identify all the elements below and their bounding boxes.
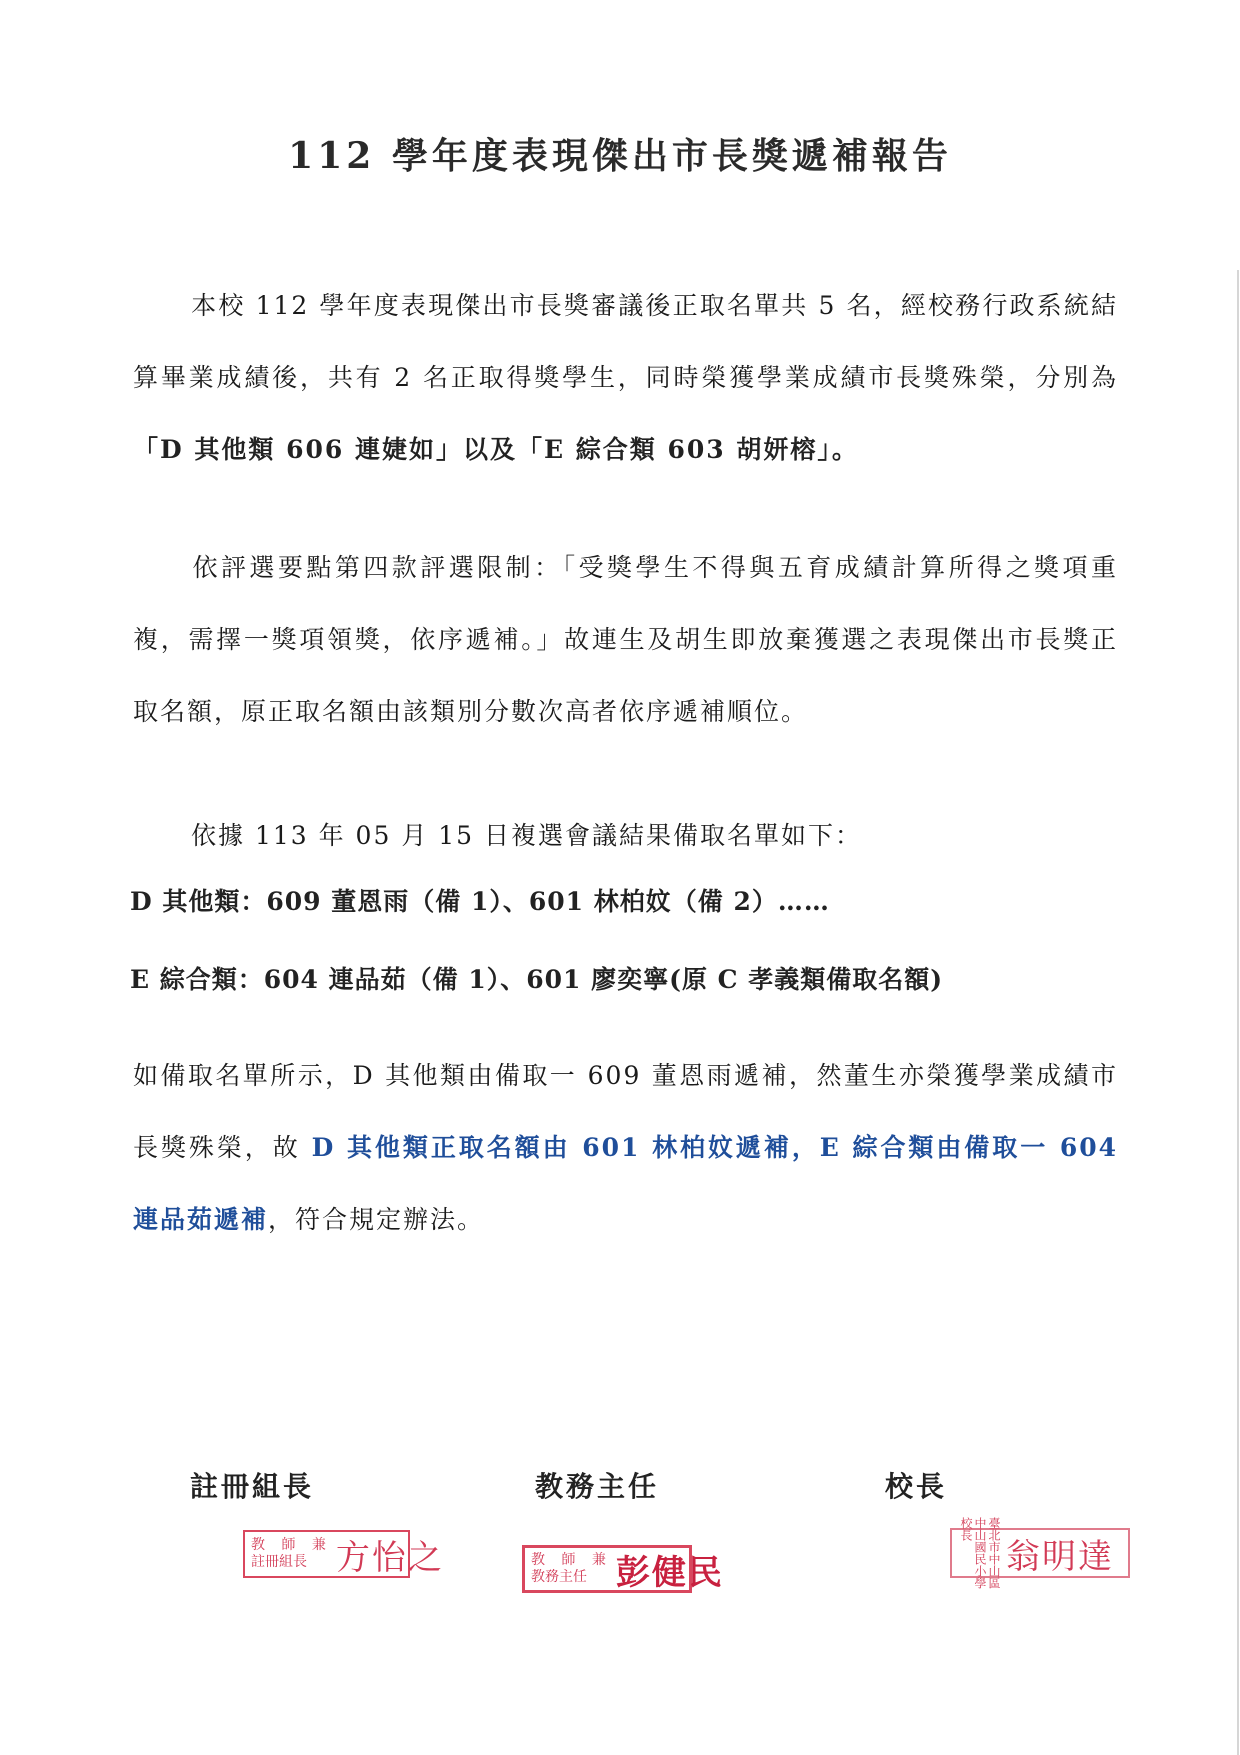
paragraph-1: 本校 112 學年度表現傑出市長獎審議後正取名單共 5 名，經校務行政系統結算畢… — [133, 270, 1118, 486]
paragraph-3: 依據 113 年 05 月 15 日複選會議結果備取名單如下： — [133, 800, 1118, 872]
stamp-col-1: 臺北市中山區 — [988, 1517, 1000, 1589]
stamp-name: 彭健民 — [616, 1545, 724, 1594]
paragraph-4-text-b: ，符合規定辦法。 — [268, 1205, 484, 1234]
stamp-line-1: 教 師 兼 — [531, 1552, 612, 1569]
stamp-title: 臺北市中山區 中山國民小學 校長 — [958, 1517, 1000, 1589]
quote-open-2: 「 — [517, 435, 544, 464]
signature-label-registrar: 註冊組長 — [190, 1465, 314, 1505]
stamp-line-2: 教務主任 — [531, 1569, 612, 1586]
stamp-col-2: 中山國民小學 — [974, 1517, 986, 1589]
stamp-academic-director: 教 師 兼 教務主任 彭健民 — [522, 1545, 692, 1593]
winner-1: D 其他類 606 連婕如 — [160, 435, 436, 464]
waitlist-item-d: D 其他類：609 董恩雨（備 1）、601 林柏妏（備 2）…… — [130, 882, 830, 918]
stamp-title: 教 師 兼 教務主任 — [531, 1552, 612, 1586]
signature-label-academic-director: 教務主任 — [535, 1465, 659, 1505]
paragraph-4: 如備取名單所示，D 其他類由備取一 609 董恩雨遞補，然董生亦榮獲學業成績市長… — [133, 1040, 1118, 1256]
quote-close-2: 」。 — [817, 435, 859, 464]
stamp-col-3: 校長 — [960, 1517, 972, 1589]
quote-open-1: 「 — [133, 435, 160, 464]
stamp-title: 教 師 兼 註冊組長 — [251, 1537, 332, 1571]
paragraph-1-text: 本校 112 學年度表現傑出市長獎審議後正取名單共 5 名，經校務行政系統結算畢… — [133, 291, 1118, 392]
stamp-line-1: 教 師 兼 — [251, 1537, 332, 1554]
paragraph-2: 依評選要點第四款評選限制：「受獎學生不得與五育成績計算所得之獎項重複，需擇一獎項… — [133, 532, 1118, 748]
stamp-registrar: 教 師 兼 註冊組長 方怡之 — [243, 1530, 410, 1578]
connector: 以及 — [463, 435, 517, 464]
paragraph-3-text: 依據 113 年 05 月 15 日複選會議結果備取名單如下： — [191, 821, 862, 850]
stamp-name: 翁明達 — [1006, 1529, 1114, 1578]
stamp-name: 方怡之 — [336, 1530, 444, 1579]
stamp-line-2: 註冊組長 — [251, 1554, 332, 1571]
stamp-principal: 臺北市中山區 中山國民小學 校長 翁明達 — [950, 1528, 1130, 1578]
paragraph-2-text: 依評選要點第四款評選限制：「受獎學生不得與五育成績計算所得之獎項重複，需擇一獎項… — [133, 553, 1118, 726]
winner-2: E 綜合類 603 胡妍榕 — [544, 435, 817, 464]
quote-close-1: 」 — [436, 435, 463, 464]
scan-edge-line — [1237, 270, 1239, 1755]
document-title: 112 學年度表現傑出市長獎遞補報告 — [0, 128, 1240, 179]
signature-label-principal: 校長 — [885, 1465, 947, 1505]
waitlist-item-e: E 綜合類：604 連品茹（備 1）、601 廖奕寧(原 C 孝義類備取名額) — [130, 960, 943, 996]
